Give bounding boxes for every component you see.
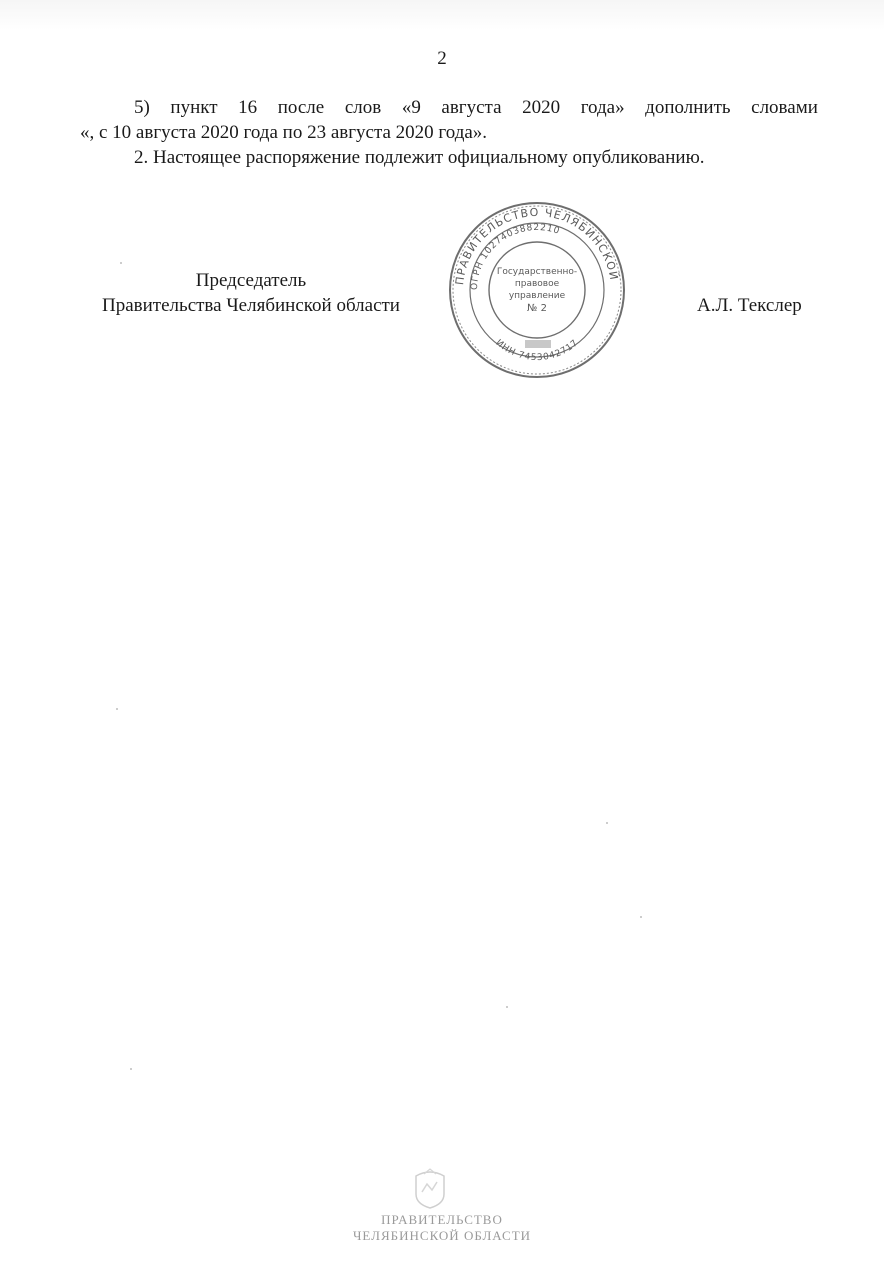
scan-speck <box>606 822 608 824</box>
item-5-word: пункт <box>170 95 217 120</box>
scan-speck <box>116 708 118 710</box>
item-5-word: дополнить <box>645 95 730 120</box>
signatory-name: А.Л. Текслер <box>697 295 802 317</box>
paragraph-item-5: 5)пункт16послеслов«9августа2020года»допо… <box>80 95 818 145</box>
stamp-center-line-4: № 2 <box>527 303 547 314</box>
item-5-word: 2020 <box>522 95 560 120</box>
signatory-title-line-1: Председатель <box>78 268 424 293</box>
stamp-center-line-2: правовое <box>515 279 560 289</box>
item-5-word: августа <box>441 95 501 120</box>
footer-watermark-line-1: ПРАВИТЕЛЬСТВО <box>0 1212 884 1228</box>
item-5-word: после <box>278 95 325 120</box>
item-5-word: 16 <box>238 95 257 120</box>
scan-speck <box>640 916 642 918</box>
scan-speck <box>506 1006 508 1008</box>
paragraph-item-2: 2. Настоящее распоряжение подлежит офици… <box>134 145 834 170</box>
item-5-word: года» <box>581 95 625 120</box>
signatory-title-line-2: Правительства Челябинской области <box>78 293 424 318</box>
footer-watermark-line-2: ЧЕЛЯБИНСКОЙ ОБЛАСТИ <box>0 1228 884 1244</box>
item-5-line-2: «, с 10 августа 2020 года по 23 августа … <box>80 120 818 145</box>
coat-of-arms-emblem-icon <box>412 1168 448 1210</box>
item-5-word: 5) <box>134 95 150 120</box>
page-number: 2 <box>0 48 884 70</box>
scan-edge-shadow <box>0 0 884 30</box>
item-5-word: слов <box>345 95 381 120</box>
scan-speck <box>120 262 122 264</box>
official-seal-stamp: ПРАВИТЕЛЬСТВО ЧЕЛЯБИНСКОЙ ОБЛАСТИ ОГРН 1… <box>447 200 627 380</box>
item-5-word: словами <box>751 95 818 120</box>
stamp-center-line-1: Государственно- <box>497 267 577 277</box>
item-5-word: «9 <box>402 95 421 120</box>
item-5-line-1: 5)пункт16послеслов«9августа2020года»допо… <box>80 95 818 120</box>
stamp-center-line-3: управление <box>509 291 566 301</box>
signatory-title: Председатель Правительства Челябинской о… <box>78 268 424 318</box>
scan-speck <box>130 1068 132 1070</box>
